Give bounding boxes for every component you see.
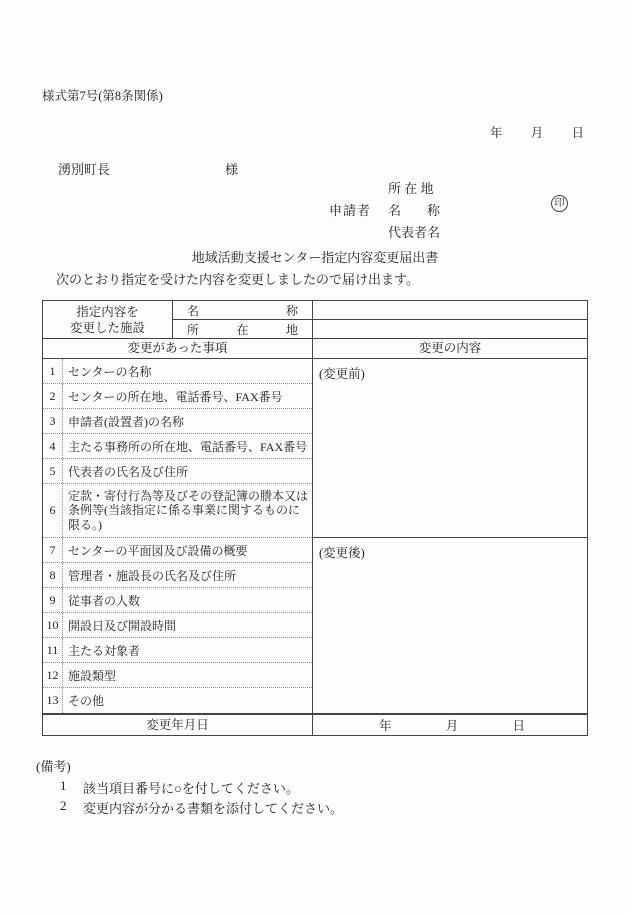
after-label: (変更後) <box>319 546 365 560</box>
change-date-month-label: 月 <box>446 716 459 734</box>
change-after-area[interactable]: (変更後) <box>313 538 587 713</box>
table-row: 13 その他 <box>43 688 312 713</box>
date-day-label: 日 <box>571 123 584 141</box>
table-header-row: 変更があった事項 変更の内容 <box>43 339 587 359</box>
table-body: 1 センターの名称 2 センターの所在地、電話番号、FAX番号 3 申請者(設置… <box>43 359 587 713</box>
change-date-row: 変更年月日 年 月 日 <box>43 713 587 735</box>
date-year-label: 年 <box>490 123 503 141</box>
change-content-column: (変更前) (変更後) <box>313 359 587 713</box>
seal-mark-icon: 印 <box>551 195 568 212</box>
before-label: (変更前) <box>319 367 365 381</box>
change-date-label: 変更年月日 <box>43 715 313 735</box>
facility-field-values <box>313 301 587 338</box>
applicant-address-label: 所 在 地 <box>388 178 440 200</box>
change-date-day-label: 日 <box>512 716 525 734</box>
note-text: 変更内容が分かる書類を添付してください。 <box>83 798 343 817</box>
facility-field-labels: 名称 所在地 <box>173 301 313 338</box>
submission-date-line: 年 月 日 <box>490 123 584 141</box>
facility-name-value[interactable] <box>313 301 587 320</box>
date-month-label: 月 <box>531 123 544 141</box>
change-notification-table: 指定内容を 変更した施設 名称 所在地 変更があった事項 変更の内容 1 センタ… <box>42 300 588 736</box>
intro-sentence: 次のとおり指定を受けた内容を変更しましたので届け出ます。 <box>56 269 419 288</box>
applicant-block: 所 在 地 名 称 代表者名 <box>388 178 440 243</box>
change-date-value[interactable]: 年 月 日 <box>313 715 587 735</box>
note-item: 2 変更内容が分かる書類を添付してください。 <box>60 798 343 817</box>
table-row: 12 施設類型 <box>43 663 312 688</box>
document-title: 地域活動支援センター指定内容変更届出書 <box>0 247 630 266</box>
note-number: 2 <box>60 798 73 817</box>
note-text: 該当項目番号に○を付してください。 <box>83 778 299 797</box>
table-row: 2 センターの所在地、電話番号、FAX番号 <box>43 384 312 409</box>
note-number: 1 <box>60 778 73 797</box>
header-changed-items: 変更があった事項 <box>43 339 313 358</box>
table-row: 4 主たる事務所の所在地、電話番号、FAX番号 <box>43 434 312 459</box>
table-row: 10 開設日及び開設時間 <box>43 613 312 638</box>
facility-address-label: 所在地 <box>173 320 312 338</box>
change-before-area[interactable]: (変更前) <box>313 359 587 538</box>
facility-section: 指定内容を 変更した施設 名称 所在地 <box>43 301 587 339</box>
header-change-content: 変更の内容 <box>313 339 587 358</box>
table-row: 5 代表者の氏名及び住所 <box>43 459 312 484</box>
table-row: 1 センターの名称 <box>43 359 312 384</box>
addressee-line: 湧別町長様 <box>58 159 238 178</box>
note-item: 1 該当項目番号に○を付してください。 <box>60 778 299 797</box>
applicant-representative-label: 代表者名 <box>388 222 440 244</box>
table-row: 8 管理者・施設長の氏名及び住所 <box>43 563 312 588</box>
form-page: 様式第7号(第8条関係) 年 月 日 湧別町長様 申請者 所 在 地 名 称 代… <box>0 0 630 915</box>
table-row: 7 センターの平面図及び設備の概要 <box>43 538 312 563</box>
table-row: 6 定款・寄付行為等及びその登記簿の謄本又は条例等(当該指定に係る事業に関するも… <box>43 484 312 538</box>
form-number: 様式第7号(第8条関係) <box>42 86 163 104</box>
facility-address-value[interactable] <box>313 320 587 338</box>
change-date-year-label: 年 <box>379 716 392 734</box>
table-row: 9 従事者の人数 <box>43 588 312 613</box>
facility-section-label: 指定内容を 変更した施設 <box>43 301 173 338</box>
addressee-honorific: 様 <box>225 162 238 177</box>
applicant-label: 申請者 <box>329 200 371 219</box>
notes-title: (備考) <box>36 756 71 775</box>
addressee-name: 湧別町長 <box>58 162 110 177</box>
table-row: 11 主たる対象者 <box>43 638 312 663</box>
table-row: 3 申請者(設置者)の名称 <box>43 409 312 434</box>
applicant-name-label: 名 称 <box>388 200 440 222</box>
facility-name-label: 名称 <box>173 301 312 320</box>
changed-items-column: 1 センターの名称 2 センターの所在地、電話番号、FAX番号 3 申請者(設置… <box>43 359 313 713</box>
